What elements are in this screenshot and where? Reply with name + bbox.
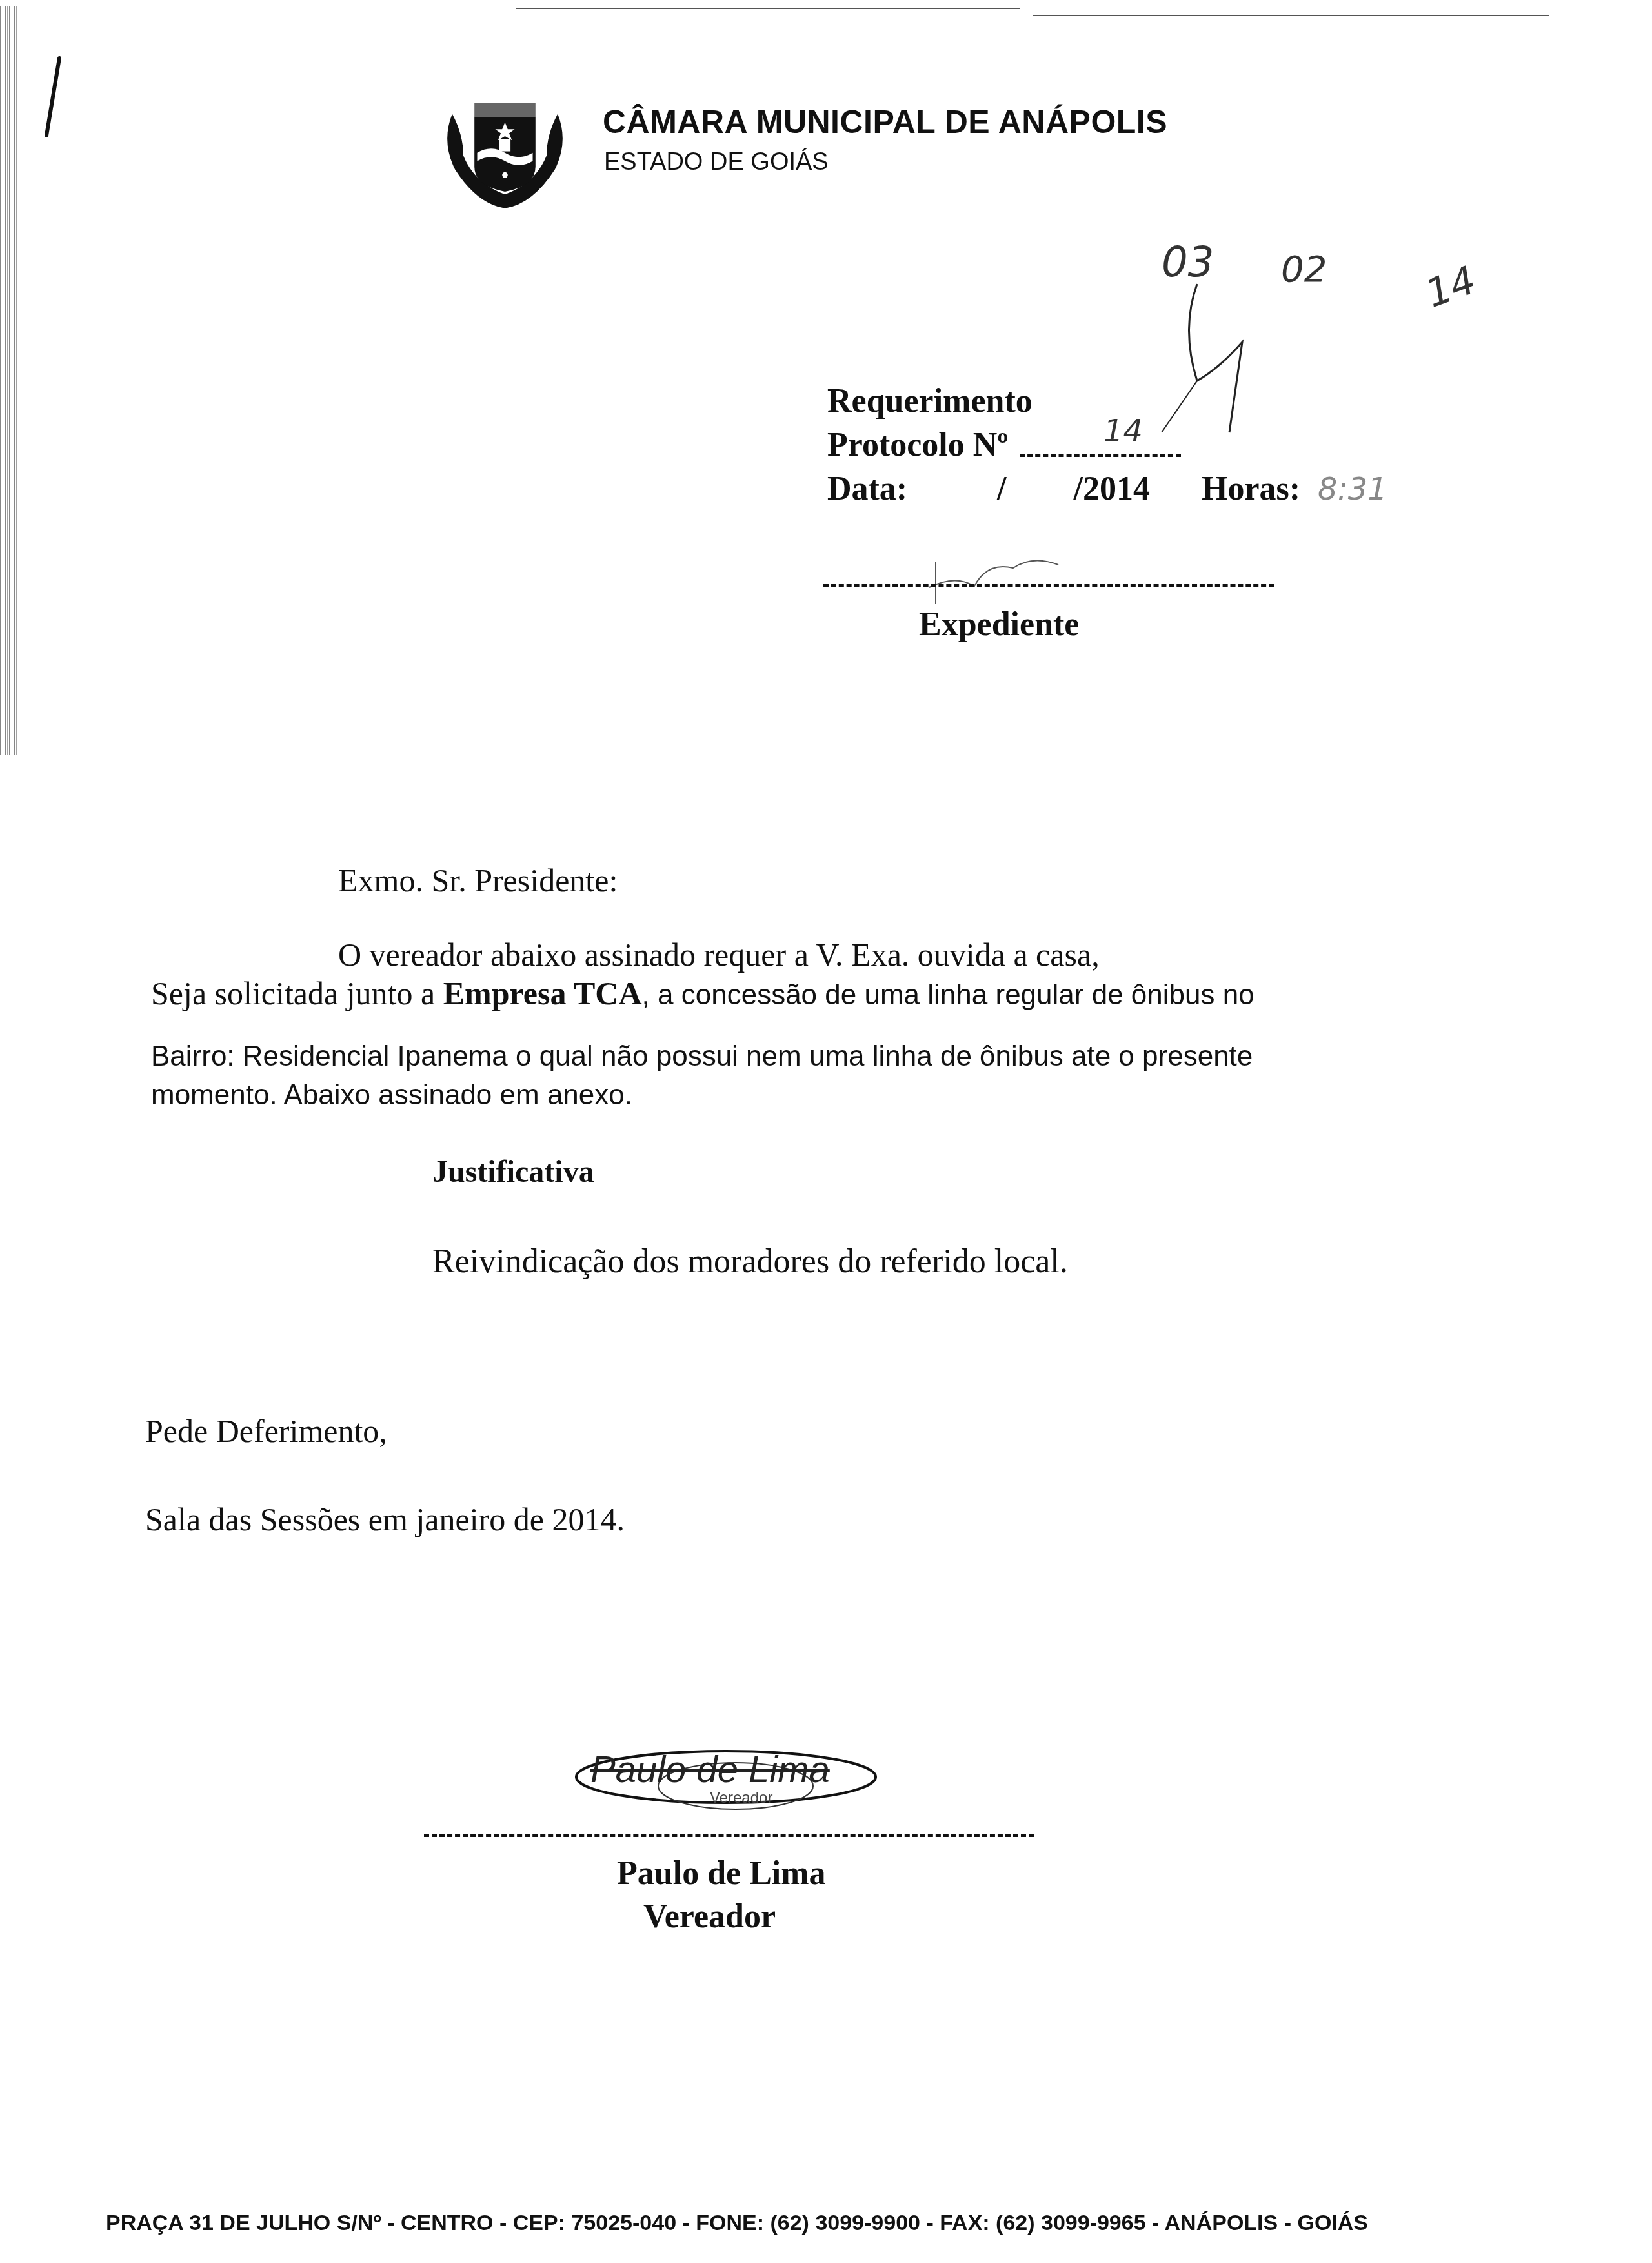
institution-name: CÂMARA MUNICIPAL DE ANÁPOLIS — [603, 103, 1167, 141]
horas-value: 8:31 — [1318, 471, 1387, 507]
signature-line — [424, 1834, 1034, 1837]
request-line-3: momento. Abaixo assinado em anexo. — [151, 1079, 632, 1111]
signer-role: Vereador — [643, 1898, 776, 1936]
signer-name: Paulo de Lima — [617, 1854, 826, 1893]
request-company: Empresa TCA — [443, 975, 642, 1011]
expediente-label: Expediente — [919, 605, 1079, 644]
expediente-signature — [916, 536, 1084, 607]
request-line-2: Bairro: Residencial Ipanema o qual não p… — [151, 1040, 1253, 1073]
place-date: Sala das Sessões em janeiro de 2014. — [145, 1501, 625, 1538]
data-value: / /2014 — [997, 470, 1150, 508]
salutation: Exmo. Sr. Presidente: — [338, 862, 618, 899]
scan-top-line — [516, 8, 1020, 9]
handwritten-month: 02 — [1281, 249, 1327, 290]
request-line-1-rest: , a concessão de uma linha regular de ôn… — [642, 979, 1254, 1011]
footer-address: PRAÇA 31 DE JULHO S/Nº - CENTRO - CEP: 7… — [106, 2211, 1368, 2236]
justification-title: Justificativa — [432, 1154, 594, 1190]
horas-label: Horas: — [1202, 470, 1300, 508]
stamp-role: Vereador — [710, 1789, 772, 1807]
protocolo-label: Protocolo Nº — [827, 426, 1008, 464]
intro-text: O vereador abaixo assinado requer a V. E… — [338, 936, 1100, 973]
protocolo-line — [1020, 454, 1181, 457]
scan-top-line — [1032, 15, 1549, 16]
closing: Pede Deferimento, — [145, 1412, 387, 1450]
data-label: Data: — [827, 470, 907, 508]
state-name: ESTADO DE GOIÁS — [604, 148, 829, 176]
scan-edge-artifact — [0, 6, 17, 755]
stamp-name: Paulo de Lima — [590, 1748, 830, 1791]
request-line-1: Seja solicitada junto a Empresa TCA, a c… — [151, 975, 1254, 1012]
protocolo-value: 14 — [1103, 413, 1143, 449]
expediente-line — [823, 584, 1274, 587]
handwritten-initial — [1136, 271, 1265, 439]
justification-text: Reivindicação dos moradores do referido … — [432, 1243, 1068, 1281]
handwritten-year: 14 — [1420, 258, 1482, 317]
coat-of-arms-icon — [436, 72, 574, 211]
requerimento-label: Requerimento — [827, 382, 1032, 420]
request-prefix: Seja solicitada junto a — [151, 975, 435, 1011]
pen-mark — [39, 52, 65, 142]
